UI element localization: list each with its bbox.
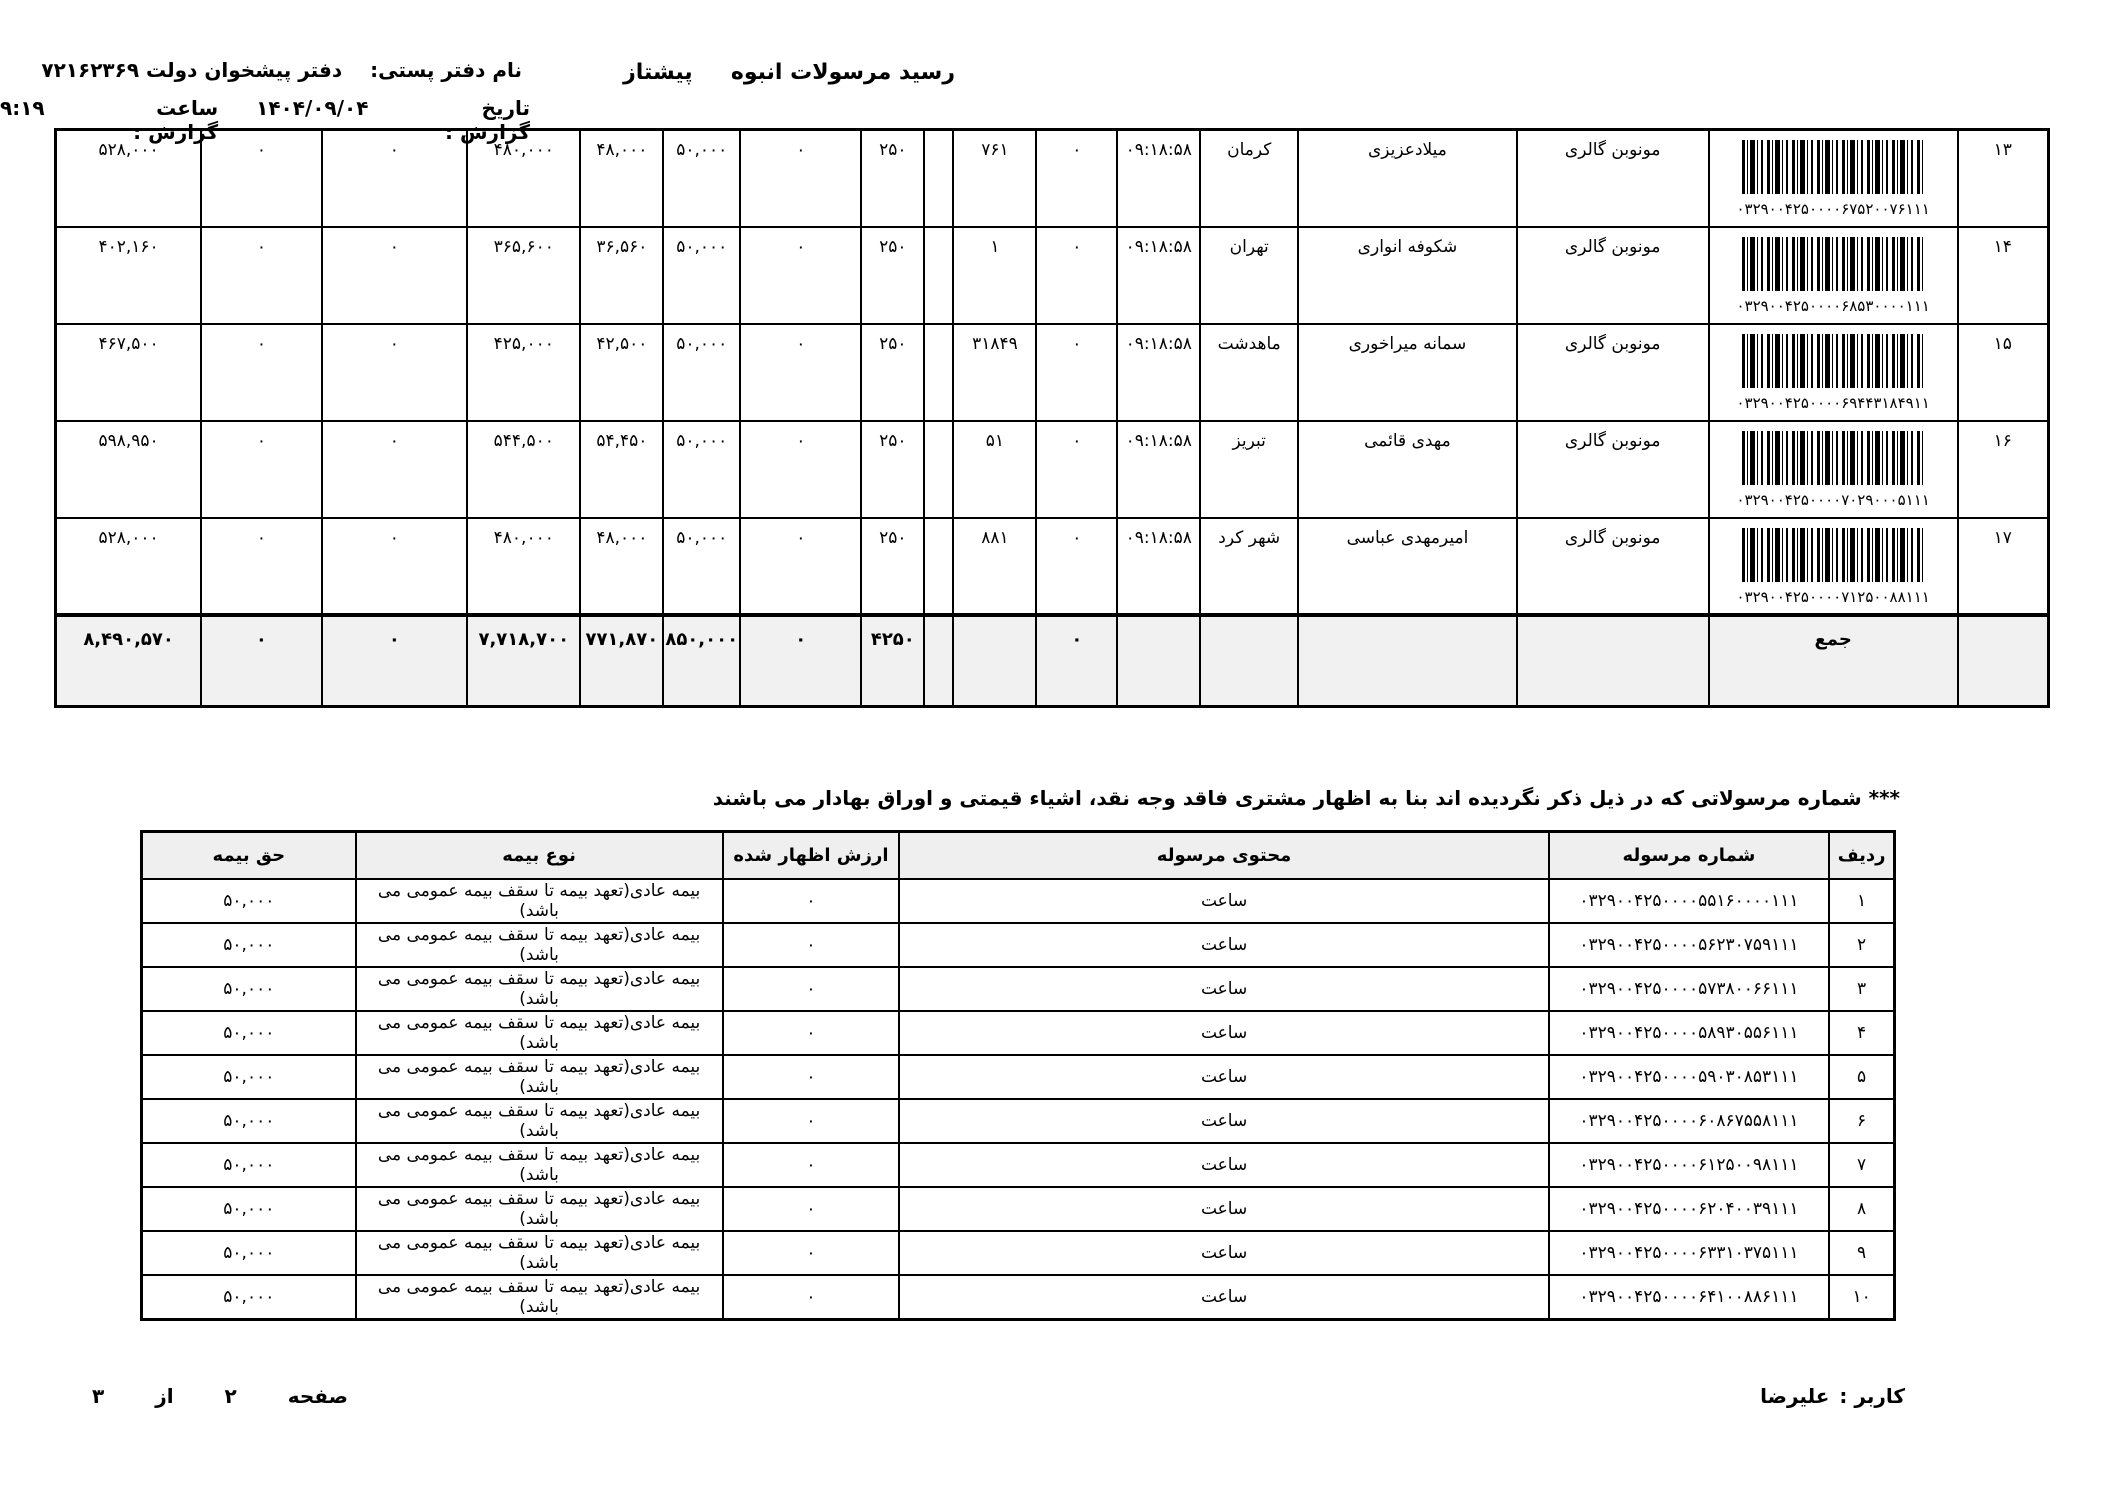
cell-insurance-fee: ۵۰,۰۰۰	[142, 1231, 356, 1275]
footer-pagination: صفحه ۲ از ۳	[92, 1384, 348, 1408]
cell-c13: ۴۸,۰۰۰	[580, 518, 663, 615]
shipment-row: ۱۴ ۰۳۲۹۰۰۴۲۵۰۰۰۰۶۸۵۳۰۰۰۰۱۱۱ مونوبن گالری…	[56, 227, 2049, 324]
cell-c12: ۵۰,۰۰۰	[663, 518, 740, 615]
barcode-image	[1742, 431, 1924, 485]
post-office-label: نام دفتر پستی:	[370, 58, 522, 82]
cell-c16: ۰	[201, 421, 321, 518]
page-of-label: از	[155, 1384, 173, 1408]
cell-tracking-number: ۰۳۲۹۰۰۴۲۵۰۰۰۰۵۹۰۳۰۸۵۳۱۱۱	[1549, 1055, 1829, 1099]
cell-c12: ۵۰,۰۰۰	[663, 421, 740, 518]
header-row-number: ردیف	[1829, 832, 1894, 879]
cell-row-number: ۹	[1829, 1231, 1894, 1275]
cell-c8: ۷۶۱	[953, 130, 1036, 227]
header-insurance-fee: حق بیمه	[142, 832, 356, 879]
cell-declared-value: ۰	[723, 1231, 900, 1275]
insurance-row: ۶ ۰۳۲۹۰۰۴۲۵۰۰۰۰۶۰۸۶۷۵۵۸۱۱۱ ساعت ۰ بیمه ع…	[142, 1099, 1895, 1143]
cell-c14: ۴۲۵,۰۰۰	[467, 324, 580, 421]
cell-c12: ۵۰,۰۰۰	[663, 324, 740, 421]
cell-c15: ۰	[322, 324, 468, 421]
cell-city: تهران	[1200, 227, 1298, 324]
cell-c13: ۵۴,۴۵۰	[580, 421, 663, 518]
cell-c7: ۰	[1036, 227, 1117, 324]
cell-content: ساعت	[899, 1055, 1548, 1099]
totals-cell-c9	[924, 615, 953, 707]
totals-cell-recipient	[1298, 615, 1516, 707]
cell-c15: ۰	[322, 130, 468, 227]
cell-row-number: ۶	[1829, 1099, 1894, 1143]
post-office-line: نام دفتر پستی: دفتر پیشخوان دولت ۷۲۱۶۲۳۶…	[41, 58, 522, 82]
cell-c10: ۲۵۰	[861, 130, 924, 227]
cell-insurance-fee: ۵۰,۰۰۰	[142, 1143, 356, 1187]
cell-row-number: ۱۵	[1958, 324, 2049, 421]
cell-c9	[924, 130, 953, 227]
cell-content: ساعت	[899, 1187, 1548, 1231]
cell-insurance-type: بیمه عادی(تعهد بیمه تا سقف بیمه عمومی می…	[356, 1143, 723, 1187]
cell-recipient: سمانه میراخوری	[1298, 324, 1516, 421]
totals-cell-c12: ۸۵۰,۰۰۰	[663, 615, 740, 707]
cell-barcode: ۰۳۲۹۰۰۴۲۵۰۰۰۰۶۷۵۲۰۰۷۶۱۱۱	[1709, 130, 1958, 227]
cell-c16: ۰	[201, 518, 321, 615]
cell-time: ۰۹:۱۸:۵۸	[1117, 518, 1200, 615]
totals-cell-c10: ۴۲۵۰	[861, 615, 924, 707]
cell-insurance-fee: ۵۰,۰۰۰	[142, 1011, 356, 1055]
insurance-row: ۲ ۰۳۲۹۰۰۴۲۵۰۰۰۰۵۶۲۳۰۷۵۹۱۱۱ ساعت ۰ بیمه ع…	[142, 923, 1895, 967]
page-label: صفحه	[288, 1384, 348, 1408]
cell-declared-value: ۰	[723, 1055, 900, 1099]
cell-c13: ۴۲,۵۰۰	[580, 324, 663, 421]
totals-cell-city	[1200, 615, 1298, 707]
report-date-value: ۱۴۰۴/۰۹/۰۴	[256, 96, 368, 120]
cell-c11: ۰	[740, 324, 861, 421]
cell-c11: ۰	[740, 227, 861, 324]
shipment-row: ۱۷ ۰۳۲۹۰۰۴۲۵۰۰۰۰۷۱۲۵۰۰۸۸۱۱۱ مونوبن گالری…	[56, 518, 2049, 615]
cell-declared-value: ۰	[723, 1099, 900, 1143]
shipments-table-totals: جمع ۰ ۴۲۵۰ ۰ ۸۵۰,۰۰۰ ۷۷۱,۸۷۰ ۷,۷۱۸,۷۰۰ ۰…	[56, 615, 2049, 707]
barcode-image	[1742, 140, 1924, 194]
cell-insurance-type: بیمه عادی(تعهد بیمه تا سقف بیمه عمومی می…	[356, 967, 723, 1011]
page-title: رسید مرسولات انبوه پیشتاز	[623, 60, 955, 85]
cell-content: ساعت	[899, 1231, 1548, 1275]
barcode-image	[1742, 334, 1924, 388]
cell-sender: مونوبن گالری	[1517, 421, 1709, 518]
cell-c13: ۴۸,۰۰۰	[580, 130, 663, 227]
cell-c7: ۰	[1036, 324, 1117, 421]
insurance-row: ۱ ۰۳۲۹۰۰۴۲۵۰۰۰۰۵۵۱۶۰۰۰۰۱۱۱ ساعت ۰ بیمه ع…	[142, 879, 1895, 923]
cell-recipient: شکوفه انواری	[1298, 227, 1516, 324]
shipments-table-body: ۱۳ ۰۳۲۹۰۰۴۲۵۰۰۰۰۶۷۵۲۰۰۷۶۱۱۱ مونوبن گالری…	[56, 130, 2049, 615]
cell-c7: ۰	[1036, 130, 1117, 227]
cell-c15: ۰	[322, 227, 468, 324]
totals-label: جمع	[1709, 615, 1958, 707]
cell-sender: مونوبن گالری	[1517, 130, 1709, 227]
cell-declared-value: ۰	[723, 1011, 900, 1055]
barcode-number: ۰۳۲۹۰۰۴۲۵۰۰۰۰۷۰۲۹۰۰۰۵۱۱۱	[1711, 491, 1956, 509]
cell-c12: ۵۰,۰۰۰	[663, 227, 740, 324]
cell-sender: مونوبن گالری	[1517, 324, 1709, 421]
cell-content: ساعت	[899, 1011, 1548, 1055]
cell-c17: ۴۰۲,۱۶۰	[56, 227, 202, 324]
cell-row-number: ۱	[1829, 879, 1894, 923]
insurance-row: ۵ ۰۳۲۹۰۰۴۲۵۰۰۰۰۵۹۰۳۰۸۵۳۱۱۱ ساعت ۰ بیمه ع…	[142, 1055, 1895, 1099]
cell-c17: ۵۲۸,۰۰۰	[56, 518, 202, 615]
barcode-number: ۰۳۲۹۰۰۴۲۵۰۰۰۰۶۷۵۲۰۰۷۶۱۱۱	[1711, 200, 1956, 218]
insurance-row: ۴ ۰۳۲۹۰۰۴۲۵۰۰۰۰۵۸۹۳۰۵۵۶۱۱۱ ساعت ۰ بیمه ع…	[142, 1011, 1895, 1055]
insurance-row: ۳ ۰۳۲۹۰۰۴۲۵۰۰۰۰۵۷۳۸۰۰۶۶۱۱۱ ساعت ۰ بیمه ع…	[142, 967, 1895, 1011]
cell-c10: ۲۵۰	[861, 518, 924, 615]
cell-city: شهر کرد	[1200, 518, 1298, 615]
cell-c17: ۵۲۸,۰۰۰	[56, 130, 202, 227]
cell-tracking-number: ۰۳۲۹۰۰۴۲۵۰۰۰۰۶۱۲۵۰۰۹۸۱۱۱	[1549, 1143, 1829, 1187]
totals-cell-c16: ۰	[201, 615, 321, 707]
cell-time: ۰۹:۱۸:۵۸	[1117, 130, 1200, 227]
cell-content: ساعت	[899, 967, 1548, 1011]
shipment-row: ۱۵ ۰۳۲۹۰۰۴۲۵۰۰۰۰۶۹۴۴۳۱۸۴۹۱۱ مونوبن گالری…	[56, 324, 2049, 421]
barcode-image	[1742, 237, 1924, 291]
header-insurance-type: نوع بیمه	[356, 832, 723, 879]
barcode-number: ۰۳۲۹۰۰۴۲۵۰۰۰۰۷۱۲۵۰۰۸۸۱۱۱	[1711, 588, 1956, 606]
cell-c11: ۰	[740, 518, 861, 615]
cell-insurance-fee: ۵۰,۰۰۰	[142, 967, 356, 1011]
cell-c8: ۳۱۸۴۹	[953, 324, 1036, 421]
page-current: ۲	[225, 1384, 237, 1408]
cell-c7: ۰	[1036, 421, 1117, 518]
insurance-row: ۷ ۰۳۲۹۰۰۴۲۵۰۰۰۰۶۱۲۵۰۰۹۸۱۱۱ ساعت ۰ بیمه ع…	[142, 1143, 1895, 1187]
cell-insurance-type: بیمه عادی(تعهد بیمه تا سقف بیمه عمومی می…	[356, 1187, 723, 1231]
cell-c16: ۰	[201, 324, 321, 421]
cell-city: کرمان	[1200, 130, 1298, 227]
cell-c15: ۰	[322, 518, 468, 615]
post-office-value: دفتر پیشخوان دولت ۷۲۱۶۲۳۶۹	[41, 58, 342, 82]
totals-cell-c17: ۸,۴۹۰,۵۷۰	[56, 615, 202, 707]
cell-declared-value: ۰	[723, 879, 900, 923]
cell-c10: ۲۵۰	[861, 324, 924, 421]
cell-recipient: مهدی قائمی	[1298, 421, 1516, 518]
cell-row-number: ۱۳	[1958, 130, 2049, 227]
page-total: ۳	[92, 1384, 104, 1408]
cell-barcode: ۰۳۲۹۰۰۴۲۵۰۰۰۰۷۰۲۹۰۰۰۵۱۱۱	[1709, 421, 1958, 518]
insurance-row: ۹ ۰۳۲۹۰۰۴۲۵۰۰۰۰۶۳۳۱۰۳۷۵۱۱۱ ساعت ۰ بیمه ع…	[142, 1231, 1895, 1275]
cell-row-number: ۸	[1829, 1187, 1894, 1231]
cell-c16: ۰	[201, 227, 321, 324]
cell-row-number: ۱۷	[1958, 518, 2049, 615]
insurance-row: ۱۰ ۰۳۲۹۰۰۴۲۵۰۰۰۰۶۴۱۰۰۸۸۶۱۱۱ ساعت ۰ بیمه …	[142, 1275, 1895, 1320]
totals-cell-c15: ۰	[322, 615, 468, 707]
cell-barcode: ۰۳۲۹۰۰۴۲۵۰۰۰۰۶۸۵۳۰۰۰۰۱۱۱	[1709, 227, 1958, 324]
insurance-table-header: ردیف شماره مرسوله محتوی مرسوله ارزش اظها…	[142, 832, 1895, 879]
header-declared-value: ارزش اظهار شده	[723, 832, 900, 879]
cell-insurance-type: بیمه عادی(تعهد بیمه تا سقف بیمه عمومی می…	[356, 879, 723, 923]
cell-row-number: ۱۶	[1958, 421, 2049, 518]
cell-row-number: ۳	[1829, 967, 1894, 1011]
cell-c9	[924, 227, 953, 324]
cell-c11: ۰	[740, 130, 861, 227]
cell-tracking-number: ۰۳۲۹۰۰۴۲۵۰۰۰۰۵۷۳۸۰۰۶۶۱۱۱	[1549, 967, 1829, 1011]
cell-tracking-number: ۰۳۲۹۰۰۴۲۵۰۰۰۰۵۶۲۳۰۷۵۹۱۱۱	[1549, 923, 1829, 967]
cell-c8: ۵۱	[953, 421, 1036, 518]
barcode-image	[1742, 528, 1924, 582]
cell-c10: ۲۵۰	[861, 227, 924, 324]
totals-cell-c8	[953, 615, 1036, 707]
cell-row-number: ۷	[1829, 1143, 1894, 1187]
footer-user: کاربر : علیرضا	[1760, 1384, 1905, 1408]
cell-city: ماهدشت	[1200, 324, 1298, 421]
report-page: { "header": { "title": "رسید مرسولات انب…	[0, 0, 2104, 1488]
cell-insurance-fee: ۵۰,۰۰۰	[142, 1055, 356, 1099]
cell-tracking-number: ۰۳۲۹۰۰۴۲۵۰۰۰۰۵۵۱۶۰۰۰۰۱۱۱	[1549, 879, 1829, 923]
cell-sender: مونوبن گالری	[1517, 227, 1709, 324]
cell-sender: مونوبن گالری	[1517, 518, 1709, 615]
cell-c11: ۰	[740, 421, 861, 518]
cell-c8: ۱	[953, 227, 1036, 324]
cell-recipient: میلادعزیزی	[1298, 130, 1516, 227]
cell-tracking-number: ۰۳۲۹۰۰۴۲۵۰۰۰۰۶۲۰۴۰۰۳۹۱۱۱	[1549, 1187, 1829, 1231]
cell-row-number: ۴	[1829, 1011, 1894, 1055]
shipments-table: ۱۳ ۰۳۲۹۰۰۴۲۵۰۰۰۰۶۷۵۲۰۰۷۶۱۱۱ مونوبن گالری…	[54, 128, 2050, 708]
cell-insurance-type: بیمه عادی(تعهد بیمه تا سقف بیمه عمومی می…	[356, 1099, 723, 1143]
cell-insurance-fee: ۵۰,۰۰۰	[142, 1275, 356, 1320]
cell-tracking-number: ۰۳۲۹۰۰۴۲۵۰۰۰۰۵۸۹۳۰۵۵۶۱۱۱	[1549, 1011, 1829, 1055]
cell-c7: ۰	[1036, 518, 1117, 615]
cell-c9	[924, 421, 953, 518]
insurance-header-row: ردیف شماره مرسوله محتوی مرسوله ارزش اظها…	[142, 832, 1895, 879]
cell-tracking-number: ۰۳۲۹۰۰۴۲۵۰۰۰۰۶۴۱۰۰۸۸۶۱۱۱	[1549, 1275, 1829, 1320]
cell-c14: ۵۴۴,۵۰۰	[467, 421, 580, 518]
cell-c14: ۳۶۵,۶۰۰	[467, 227, 580, 324]
totals-cell-c13: ۷۷۱,۸۷۰	[580, 615, 663, 707]
user-value: علیرضا	[1760, 1384, 1829, 1408]
cell-c8: ۸۸۱	[953, 518, 1036, 615]
cell-time: ۰۹:۱۸:۵۸	[1117, 421, 1200, 518]
cell-content: ساعت	[899, 1099, 1548, 1143]
cell-recipient: امیرمهدی عباسی	[1298, 518, 1516, 615]
cell-c13: ۳۶,۵۶۰	[580, 227, 663, 324]
cell-declared-value: ۰	[723, 1187, 900, 1231]
cell-barcode: ۰۳۲۹۰۰۴۲۵۰۰۰۰۶۹۴۴۳۱۸۴۹۱۱	[1709, 324, 1958, 421]
cell-c17: ۴۶۷,۵۰۰	[56, 324, 202, 421]
cell-insurance-type: بیمه عادی(تعهد بیمه تا سقف بیمه عمومی می…	[356, 1231, 723, 1275]
totals-cell-c11: ۰	[740, 615, 861, 707]
cell-insurance-type: بیمه عادی(تعهد بیمه تا سقف بیمه عمومی می…	[356, 923, 723, 967]
cell-insurance-type: بیمه عادی(تعهد بیمه تا سقف بیمه عمومی می…	[356, 1275, 723, 1320]
cell-c14: ۴۸۰,۰۰۰	[467, 518, 580, 615]
cell-row-number: ۵	[1829, 1055, 1894, 1099]
totals-cell-time	[1117, 615, 1200, 707]
totals-cell-c7: ۰	[1036, 615, 1117, 707]
totals-cell-c14: ۷,۷۱۸,۷۰۰	[467, 615, 580, 707]
cell-tracking-number: ۰۳۲۹۰۰۴۲۵۰۰۰۰۶۳۳۱۰۳۷۵۱۱۱	[1549, 1231, 1829, 1275]
barcode-number: ۰۳۲۹۰۰۴۲۵۰۰۰۰۶۸۵۳۰۰۰۰۱۱۱	[1711, 297, 1956, 315]
cell-c17: ۵۹۸,۹۵۰	[56, 421, 202, 518]
cell-insurance-fee: ۵۰,۰۰۰	[142, 1187, 356, 1231]
cell-c10: ۲۵۰	[861, 421, 924, 518]
cell-insurance-type: بیمه عادی(تعهد بیمه تا سقف بیمه عمومی می…	[356, 1055, 723, 1099]
cell-c16: ۰	[201, 130, 321, 227]
totals-cell-sender	[1517, 615, 1709, 707]
cell-c14: ۴۸۰,۰۰۰	[467, 130, 580, 227]
cell-declared-value: ۰	[723, 1143, 900, 1187]
shipment-row: ۱۶ ۰۳۲۹۰۰۴۲۵۰۰۰۰۷۰۲۹۰۰۰۵۱۱۱ مونوبن گالری…	[56, 421, 2049, 518]
shipment-row: ۱۳ ۰۳۲۹۰۰۴۲۵۰۰۰۰۶۷۵۲۰۰۷۶۱۱۱ مونوبن گالری…	[56, 130, 2049, 227]
totals-cell-rowno	[1958, 615, 2049, 707]
cell-content: ساعت	[899, 879, 1548, 923]
cell-c9	[924, 324, 953, 421]
cell-barcode: ۰۳۲۹۰۰۴۲۵۰۰۰۰۷۱۲۵۰۰۸۸۱۱۱	[1709, 518, 1958, 615]
cell-city: تبریز	[1200, 421, 1298, 518]
cell-insurance-fee: ۵۰,۰۰۰	[142, 1099, 356, 1143]
insurance-table: ردیف شماره مرسوله محتوی مرسوله ارزش اظها…	[140, 830, 1896, 1321]
cell-c9	[924, 518, 953, 615]
header-content: محتوی مرسوله	[899, 832, 1548, 879]
cell-declared-value: ۰	[723, 923, 900, 967]
cell-row-number: ۱۴	[1958, 227, 2049, 324]
cell-content: ساعت	[899, 1143, 1548, 1187]
cell-time: ۰۹:۱۸:۵۸	[1117, 324, 1200, 421]
cell-row-number: ۱۰	[1829, 1275, 1894, 1320]
cell-time: ۰۹:۱۸:۵۸	[1117, 227, 1200, 324]
insurance-table-body: ۱ ۰۳۲۹۰۰۴۲۵۰۰۰۰۵۵۱۶۰۰۰۰۱۱۱ ساعت ۰ بیمه ع…	[142, 879, 1895, 1320]
no-valuables-note: *** شماره مرسولاتی که در ذیل ذکر نگردیده…	[713, 786, 1900, 810]
cell-c12: ۵۰,۰۰۰	[663, 130, 740, 227]
cell-tracking-number: ۰۳۲۹۰۰۴۲۵۰۰۰۰۶۰۸۶۷۵۵۸۱۱۱	[1549, 1099, 1829, 1143]
cell-insurance-fee: ۵۰,۰۰۰	[142, 879, 356, 923]
header-tracking: شماره مرسوله	[1549, 832, 1829, 879]
report-time-value: ۹:۱۹	[0, 96, 45, 120]
cell-declared-value: ۰	[723, 967, 900, 1011]
cell-declared-value: ۰	[723, 1275, 900, 1320]
cell-content: ساعت	[899, 923, 1548, 967]
cell-insurance-type: بیمه عادی(تعهد بیمه تا سقف بیمه عمومی می…	[356, 1011, 723, 1055]
cell-c15: ۰	[322, 421, 468, 518]
insurance-row: ۸ ۰۳۲۹۰۰۴۲۵۰۰۰۰۶۲۰۴۰۰۳۹۱۱۱ ساعت ۰ بیمه ع…	[142, 1187, 1895, 1231]
cell-insurance-fee: ۵۰,۰۰۰	[142, 923, 356, 967]
cell-content: ساعت	[899, 1275, 1548, 1320]
user-label: کاربر :	[1839, 1384, 1905, 1408]
cell-row-number: ۲	[1829, 923, 1894, 967]
barcode-number: ۰۳۲۹۰۰۴۲۵۰۰۰۰۶۹۴۴۳۱۸۴۹۱۱	[1711, 394, 1956, 412]
totals-row: جمع ۰ ۴۲۵۰ ۰ ۸۵۰,۰۰۰ ۷۷۱,۸۷۰ ۷,۷۱۸,۷۰۰ ۰…	[56, 615, 2049, 707]
